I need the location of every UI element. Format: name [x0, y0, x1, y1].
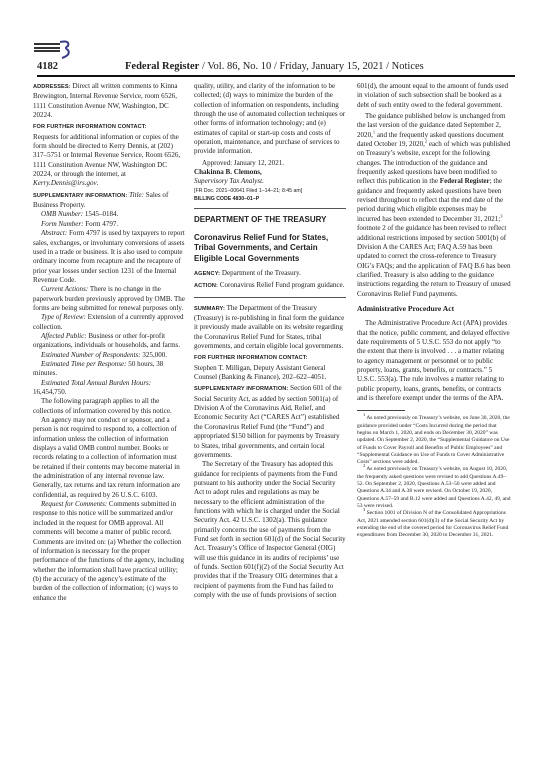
publication-name: Federal Register	[125, 61, 199, 72]
agency-line: AGENCY: Department of the Treasury.	[194, 269, 346, 279]
footnote-rule	[357, 410, 405, 411]
agency-paragraph: An agency may not conduct or sponsor, an…	[33, 416, 185, 500]
running-head: Federal Register / Vol. 86, No. 10 / Fri…	[125, 61, 424, 72]
apa-heading: Administrative Procedure Act	[357, 304, 511, 313]
signer-name: Chakinna B. Clemons,	[194, 168, 346, 177]
form-number: Form Number: Form 4797.	[33, 220, 185, 229]
summary-paragraph: SUMMARY: The Department of the Treasury …	[194, 304, 346, 352]
estimated-respondents: Estimated Number of Respondents: 325,000…	[33, 351, 185, 360]
request-for-comments: Request for Comments: Comments submitted…	[33, 500, 185, 603]
apa-paragraph: The Administrative Procedure Act (APA) p…	[357, 319, 511, 403]
column-2: quality, utility, and clarity of the inf…	[194, 82, 346, 600]
supplementary-paragraph: SUPPLEMENTARY INFORMATION: Section 601 o…	[194, 384, 346, 460]
guidance-paragraph: The guidance published below is unchange…	[357, 112, 511, 299]
summary-divider	[194, 297, 346, 298]
footnotes: 1 As noted previously on Treasury’s webs…	[357, 415, 511, 539]
column-3: 601(d), the amount equal to the amount o…	[357, 82, 511, 539]
fr-doc-line: [FR Doc. 2021–00641 Filed 1–14–21; 8:45 …	[194, 187, 346, 195]
contact-email-link[interactable]: Kerry.Dennis@irs.gov	[33, 179, 97, 187]
footnote-ref-3: 3	[500, 213, 502, 218]
column-1: ADDRESSES: Direct all written comments t…	[33, 82, 185, 603]
type-of-review: Type of Review: Extension of a currently…	[33, 313, 185, 332]
department-heading: DEPARTMENT OF THE TREASURY	[194, 215, 346, 225]
notice-subject: Coronavirus Relief Fund for States, Trib…	[194, 233, 346, 264]
contact-label: FOR FURTHER INFORMATION CONTACT:	[33, 122, 185, 132]
estimated-time: Estimated Time per Response: 50 hours, 3…	[33, 360, 185, 379]
continuation-paragraph: 601(d), the amount equal to the amount o…	[357, 82, 511, 110]
omb-number: OMB Number: 1545–0184.	[33, 210, 185, 219]
gpo-logo	[34, 40, 74, 60]
supplementary-paragraph: SUPPLEMENTARY INFORMATION: Title: Sales …	[33, 191, 185, 211]
continuation-paragraph: quality, utility, and clarity of the inf…	[194, 82, 346, 157]
page-header: 4182 Federal Register / Vol. 86, No. 10 …	[37, 61, 515, 75]
contact-paragraph: Requests for additional information or c…	[33, 133, 185, 189]
signer-title: Supervisory Tax Analyst.	[194, 177, 346, 186]
applies-paragraph: The following paragraph applies to all t…	[33, 397, 185, 416]
addresses-paragraph: ADDRESSES: Direct all written comments t…	[33, 82, 185, 120]
affected-public: Affected Public: Business or other for-p…	[33, 332, 185, 351]
contact-label: FOR FURTHER INFORMATION CONTACT:	[194, 353, 346, 363]
logo-text-bars	[34, 43, 60, 54]
eagle-icon	[58, 40, 72, 60]
billing-code: BILLING CODE 4830–01–P	[194, 195, 346, 203]
contact-paragraph: Stephen T. Milligan, Deputy Assistant Ge…	[194, 364, 346, 383]
footnote-3: 3 Section 1001 of Division N of the Cons…	[357, 510, 511, 539]
abstract: Abstract: Form 4797 is used by taxpayers…	[33, 229, 185, 285]
secretary-paragraph: The Secretary of the Treasury has adopte…	[194, 460, 346, 600]
volume-info: / Vol. 86, No. 10 / Friday, January 15, …	[199, 61, 423, 72]
footnote-2: 2 As noted previously on Treasury’s webs…	[357, 466, 511, 510]
footnote-1: 1 As noted previously on Treasury’s webs…	[357, 415, 511, 466]
action-line: ACTION: Coronavirus Relief Fund program …	[194, 281, 346, 291]
approved-date: Approved: January 12, 2021.	[194, 159, 346, 168]
page-number: 4182	[37, 61, 58, 72]
section-divider	[194, 208, 346, 209]
header-rule	[37, 75, 515, 77]
current-actions: Current Actions: There is no change in t…	[33, 285, 185, 313]
estimated-burden: Estimated Total Annual Burden Hours: 16,…	[33, 379, 185, 398]
